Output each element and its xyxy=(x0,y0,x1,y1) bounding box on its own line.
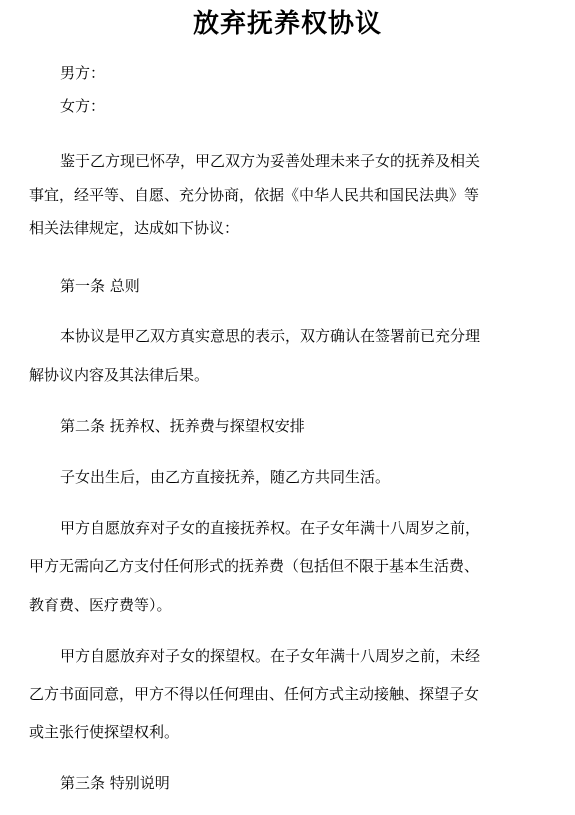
text-line: 或主张行使探望权利。 xyxy=(29,723,179,741)
article-2-heading: 第二条 抚养权、抚养费与探望权安排 xyxy=(60,417,305,435)
text-line: 甲方自愿放弃对子女的直接抚养权。在子女年满十八周岁之前， xyxy=(60,519,480,537)
article-1-heading: 第一条 总则 xyxy=(60,277,140,295)
text-line: 乙方书面同意，甲方不得以任何理由、任何方式主动接触、探望子女 xyxy=(29,685,479,703)
article-2-paragraph-1: 子女出生后，由乙方直接抚养，随乙方共同生活。 xyxy=(60,468,390,486)
party-female-label: 女方： xyxy=(60,97,105,115)
text-line: 甲方自愿放弃对子女的探望权。在子女年满十八周岁之前，未经 xyxy=(60,647,480,665)
document-page: 放弃抚养权协议 男方： 女方： 鉴于乙方现已怀孕，甲乙双方为妥善处理未来子女的抚… xyxy=(0,0,575,815)
text-line: 教育费、医疗费等）。 xyxy=(29,596,172,614)
text-line: 本协议是甲乙双方真实意思的表示，双方确认在签署前已充分理 xyxy=(60,327,480,345)
text-line: 鉴于乙方现已怀孕，甲乙双方为妥善处理未来子女的抚养及相关 xyxy=(60,152,480,170)
text-line: 事宜，经平等、自愿、充分协商，依据《中华人民共和国民法典》等 xyxy=(29,186,479,204)
text-line: 相关法律规定，达成如下协议： xyxy=(29,219,239,237)
text-line: 解协议内容及其法律后果。 xyxy=(29,366,209,384)
document-title: 放弃抚养权协议 xyxy=(0,6,575,42)
article-3-heading: 第三条 特别说明 xyxy=(60,774,170,792)
party-male-label: 男方： xyxy=(60,64,105,82)
text-line: 甲方无需向乙方支付任何形式的抚养费（包括但不限于基本生活费、 xyxy=(29,557,479,575)
